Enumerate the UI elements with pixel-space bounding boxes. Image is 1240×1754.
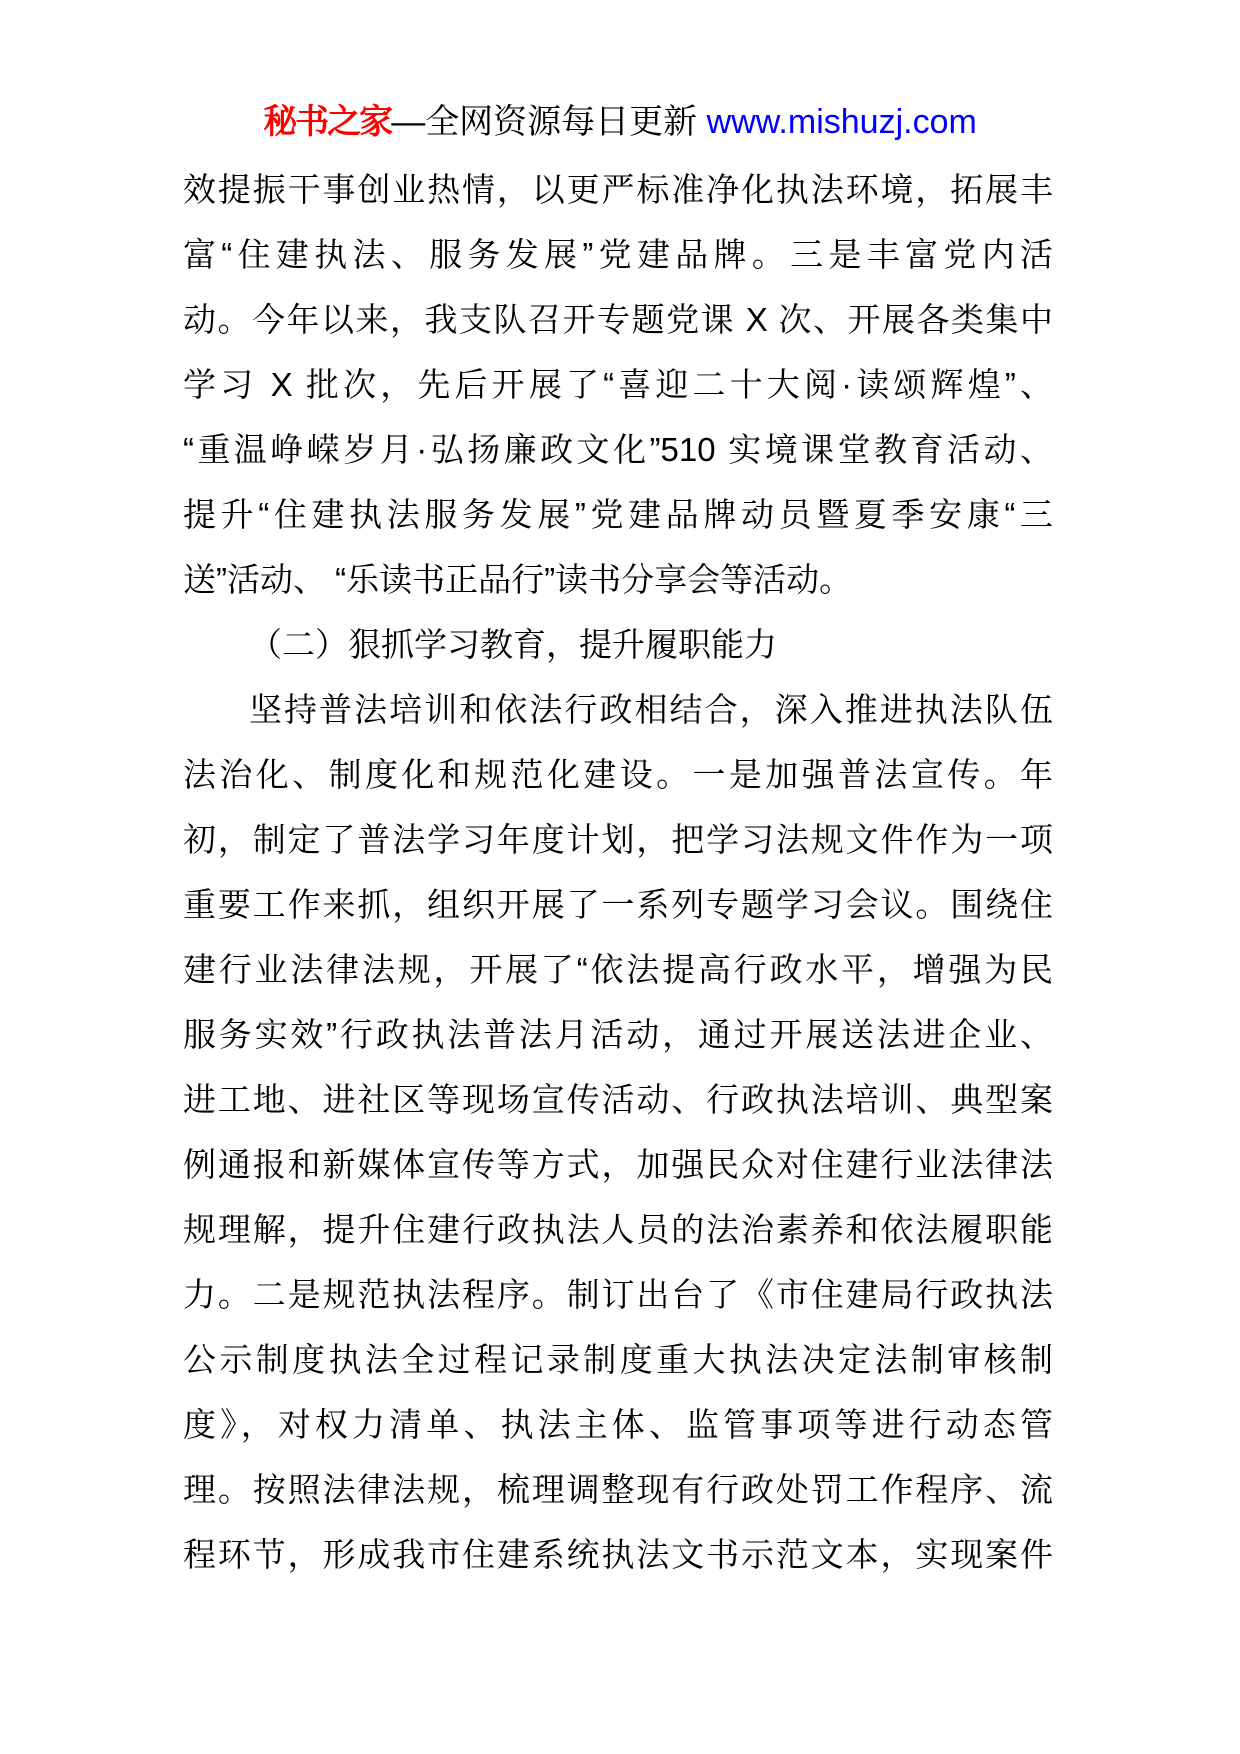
text-line-10: 法治化、制度化和规范化建设。一是加强普法宣传。年: [183, 742, 1053, 807]
text-line-12: 重要工作来抓，组织开展了一系列专题学习会议。围绕住: [183, 872, 1053, 937]
text-line-21: 理。按照法律法规，梳理调整现有行政处罚工作程序、流: [183, 1457, 1053, 1522]
text-line-19: 公示制度执法全过程记录制度重大执法决定法制审核制: [183, 1327, 1053, 1392]
text-line-4: 学习 X 批次，先后开展了“喜迎二十大阅·读颂辉煌”、: [183, 352, 1053, 417]
document-page: 秘书之家—全网资源每日更新 www.mishuzj.com 效提振干事创业热情，…: [0, 0, 1240, 1754]
text-line-16: 例通报和新媒体宣传等方式，加强民众对住建行业法律法: [183, 1132, 1053, 1197]
text-line-20: 度》，对权力清单、执法主体、监管事项等进行动态管: [183, 1392, 1053, 1457]
text-line-13: 建行业法律法规，开展了“依法提高行政水平，增强为民: [183, 937, 1053, 1002]
site-url: www.mishuzj.com: [707, 103, 977, 141]
document-body: 效提振干事创业热情，以更严标准净化执法环境，拓展丰富“住建执法、服务发展”党建品…: [183, 157, 1053, 1587]
page-header: 秘书之家—全网资源每日更新 www.mishuzj.com: [0, 100, 1240, 144]
text-line-15: 进工地、进社区等现场宣传活动、行政执法培训、典型案: [183, 1067, 1053, 1132]
text-line-9: 坚持普法培训和依法行政相结合，深入推进执法队伍: [183, 677, 1053, 742]
text-line-7: 送”活动、 “乐读书正品行”读书分享会等活动。: [183, 547, 1053, 612]
text-line-14: 服务实效”行政执法普法月活动，通过开展送法进企业、: [183, 1002, 1053, 1067]
text-line-2: 富“住建执法、服务发展”党建品牌。三是丰富党内活: [183, 222, 1053, 287]
text-line-11: 初，制定了普法学习年度计划，把学习法规文件作为一项: [183, 807, 1053, 872]
text-line-22: 程环节，形成我市住建系统执法文书示范文本，实现案件: [183, 1522, 1053, 1587]
text-line-6: 提升“住建执法服务发展”党建品牌动员暨夏季安康“三: [183, 482, 1053, 547]
text-line-3: 动。今年以来，我支队召开专题党课 X 次、开展各类集中: [183, 287, 1053, 352]
text-line-17: 规理解，提升住建行政执法人员的法治素养和依法履职能: [183, 1197, 1053, 1262]
text-line-1: 效提振干事创业热情，以更严标准净化执法环境，拓展丰: [183, 157, 1053, 222]
header-tagline: —全网资源每日更新: [391, 103, 706, 141]
text-line-8: （二）狠抓学习教育，提升履职能力: [183, 612, 1053, 677]
text-line-5: “重温峥嵘岁月·弘扬廉政文化”510 实境课堂教育活动、: [183, 417, 1053, 482]
site-name: 秘书之家: [263, 103, 391, 141]
text-line-18: 力。二是规范执法程序。制订出台了《市住建局行政执法: [183, 1262, 1053, 1327]
